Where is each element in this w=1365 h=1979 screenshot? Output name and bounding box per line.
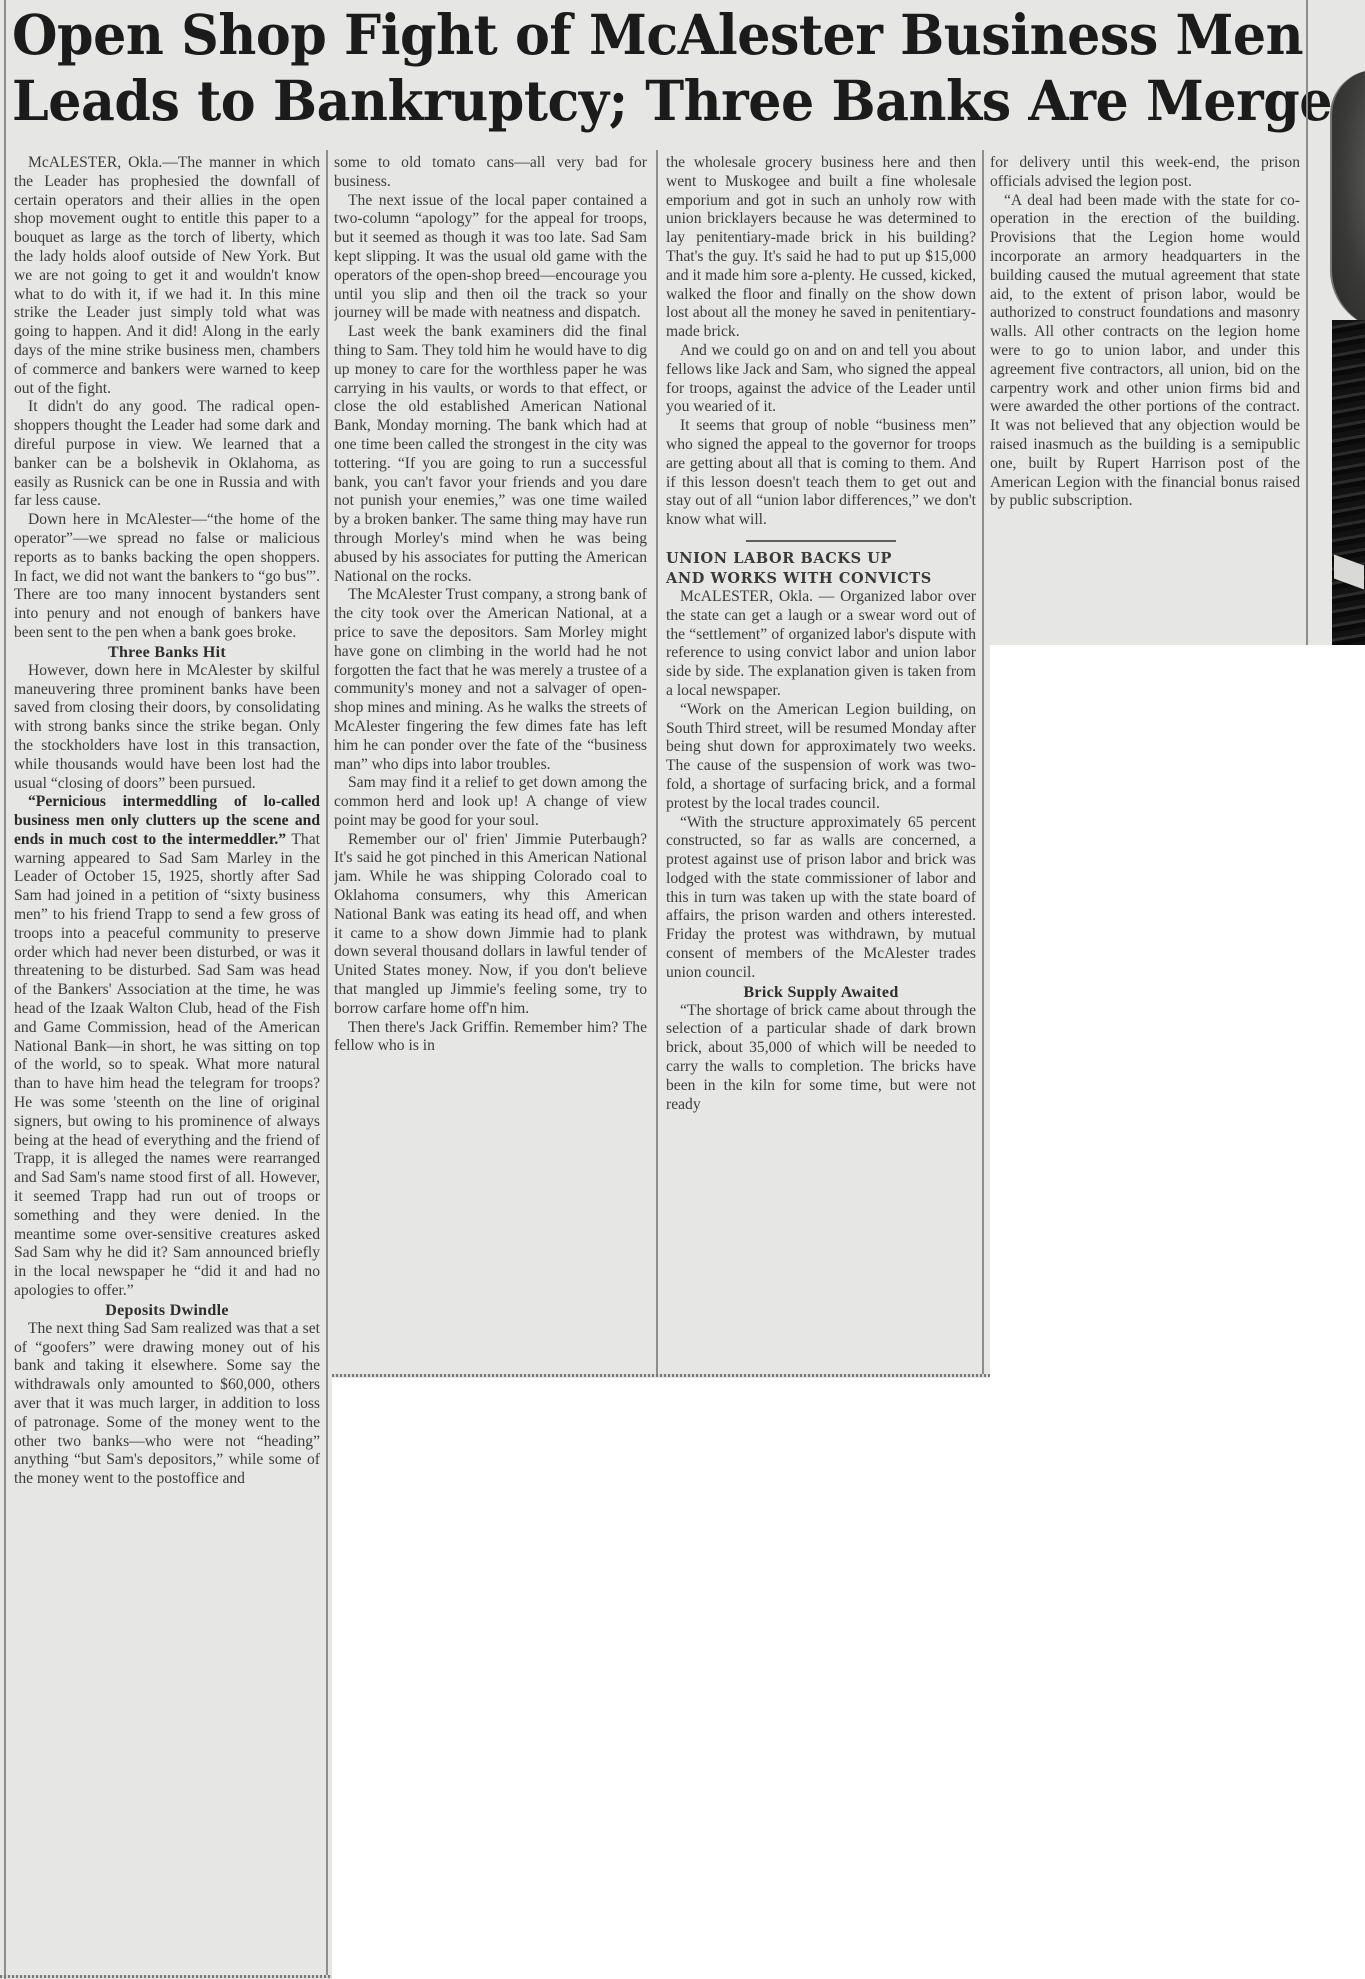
bold-quote: “Pernicious intermeddling of lo-called b… bbox=[14, 793, 320, 848]
subhead-three-banks-hit: Three Banks Hit bbox=[14, 643, 320, 662]
article-headline: Open Shop Fight of McAlester Business Me… bbox=[12, 2, 1238, 134]
paragraph: McALESTER, Okla. — Organized labor over … bbox=[666, 588, 976, 701]
paragraph: “Work on the American Legion building, o… bbox=[666, 701, 976, 814]
section-headline-line-2: AND WORKS WITH CONVICTS bbox=[666, 570, 976, 588]
subhead-brick-supply-awaited: Brick Supply Awaited bbox=[666, 983, 976, 1002]
paragraph-continued: for delivery until this week-end, the pr… bbox=[990, 154, 1300, 192]
section-divider-rule bbox=[746, 540, 896, 542]
left-border-rule bbox=[4, 0, 6, 1979]
section-headline-line-1: UNION LABOR BACKS UP bbox=[666, 550, 976, 568]
portrait-photo bbox=[1322, 0, 1365, 645]
paragraph: And we could go on and on and tell you a… bbox=[666, 342, 976, 417]
paragraph-continued: the wholesale grocery business here and … bbox=[666, 154, 976, 342]
paragraph-continued: some to old tomato cans—all very bad for… bbox=[334, 154, 647, 192]
paragraph: “A deal had been made with the state for… bbox=[990, 192, 1300, 512]
paragraph-quote: “Pernicious intermeddling of lo-called b… bbox=[14, 793, 320, 1301]
clipping-cut-edge-middle bbox=[332, 1374, 990, 1377]
paragraph: Remember our ol' frien' Jimmie Puterbaug… bbox=[334, 831, 647, 1019]
article-column-1: McALESTER, Okla.—The manner in which the… bbox=[14, 154, 320, 1974]
clipping-cut-edge-bottom bbox=[0, 1975, 332, 1978]
paragraph: Then there's Jack Griffin. Remember him?… bbox=[334, 1019, 647, 1057]
paragraph: Sam may find it a relief to get down amo… bbox=[334, 774, 647, 830]
column-divider-3 bbox=[982, 150, 984, 1376]
column-divider-2 bbox=[656, 150, 658, 1376]
portrait-face bbox=[1330, 70, 1365, 330]
headline-line-2: Leads to Bankruptcy; Three Banks Are Mer… bbox=[12, 68, 1238, 134]
article-column-2: some to old tomato cans—all very bad for… bbox=[334, 154, 647, 1372]
paragraph: Last week the bank examiners did the fin… bbox=[334, 323, 647, 586]
portrait-coat bbox=[1332, 320, 1365, 645]
column-divider-1 bbox=[326, 150, 328, 1978]
headline-right-rule bbox=[1306, 0, 1308, 645]
paragraph: “The shortage of brick came about throug… bbox=[666, 1002, 976, 1115]
paragraph: The next issue of the local paper contai… bbox=[334, 192, 647, 324]
paragraph: It seems that group of noble “business m… bbox=[666, 417, 976, 530]
article-column-4: for delivery until this week-end, the pr… bbox=[990, 154, 1300, 640]
paragraph: The McAlester Trust company, a strong ba… bbox=[334, 586, 647, 774]
paragraph: The next thing Sad Sam realized was that… bbox=[14, 1320, 320, 1489]
quote-continuation: That warning appeared to Sad Sam Marley … bbox=[14, 831, 320, 1299]
subhead-deposits-dwindle: Deposits Dwindle bbox=[14, 1301, 320, 1320]
article-column-3: the wholesale grocery business here and … bbox=[666, 154, 976, 1372]
paragraph: “With the structure approximately 65 per… bbox=[666, 814, 976, 983]
paragraph: However, down here in McAlester by skilf… bbox=[14, 662, 320, 794]
paragraph: McALESTER, Okla.—The manner in which the… bbox=[14, 154, 320, 398]
paragraph: Down here in McAlester—“the home of the … bbox=[14, 511, 320, 643]
headline-line-1: Open Shop Fight of McAlester Business Me… bbox=[12, 2, 1238, 68]
paragraph: It didn't do any good. The radical open-… bbox=[14, 398, 320, 511]
